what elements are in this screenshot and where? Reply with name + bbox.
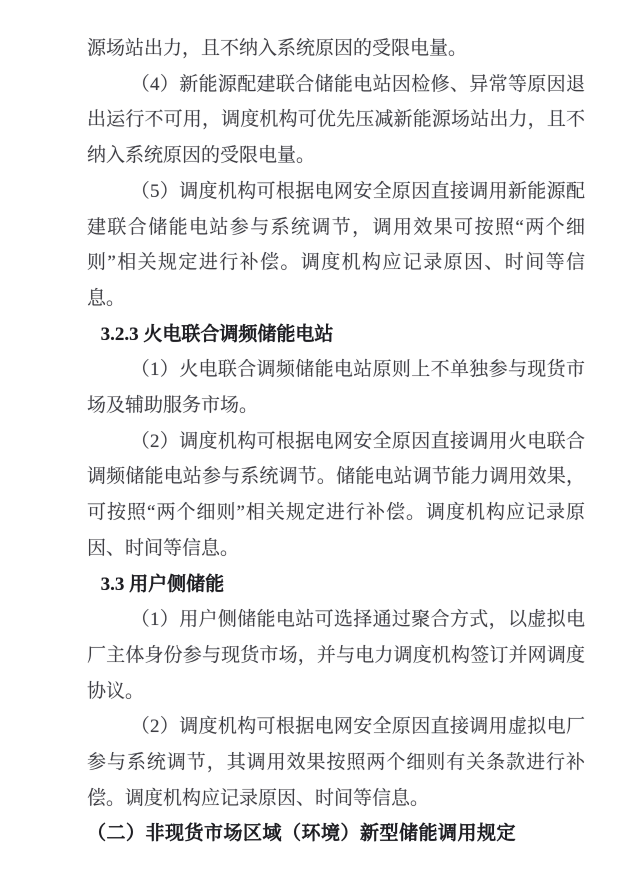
heading-section-2: （二）非现货市场区域（环境）新型储能调用规定 [87, 816, 585, 852]
document-text-block: 源场站出力，且不纳入系统原因的受限电量。 （4）新能源配建联合储能电站因检修、异… [87, 31, 585, 852]
paragraph-continuation: 源场站出力，且不纳入系统原因的受限电量。 [87, 31, 585, 67]
heading-3-3: 3.3 用户侧储能 [87, 567, 585, 603]
paragraph-item-1b: （1）用户侧储能电站可选择通过聚合方式，以虚拟电厂主体身份参与现货市场，并与电力… [87, 602, 585, 709]
paragraph-item-2a: （2）调度机构可根据电网安全原因直接调用火电联合调频储能电站参与系统调节。储能电… [87, 424, 585, 567]
heading-3-2-3: 3.2.3 火电联合调频储能电站 [87, 317, 585, 353]
paragraph-item-4: （4）新能源配建联合储能电站因检修、异常等原因退出运行不可用，调度机构可优先压减… [87, 67, 585, 174]
paragraph-item-5: （5）调度机构可根据电网安全原因直接调用新能源配建联合储能电站参与系统调节，调用… [87, 174, 585, 317]
document-page: 源场站出力，且不纳入系统原因的受限电量。 （4）新能源配建联合储能电站因检修、异… [0, 0, 633, 888]
paragraph-item-1a: （1）火电联合调频储能电站原则上不单独参与现货市场及辅助服务市场。 [87, 352, 585, 423]
paragraph-item-2b: （2）调度机构可根据电网安全原因直接调用虚拟电厂参与系统调节，其调用效果按照两个… [87, 709, 585, 816]
